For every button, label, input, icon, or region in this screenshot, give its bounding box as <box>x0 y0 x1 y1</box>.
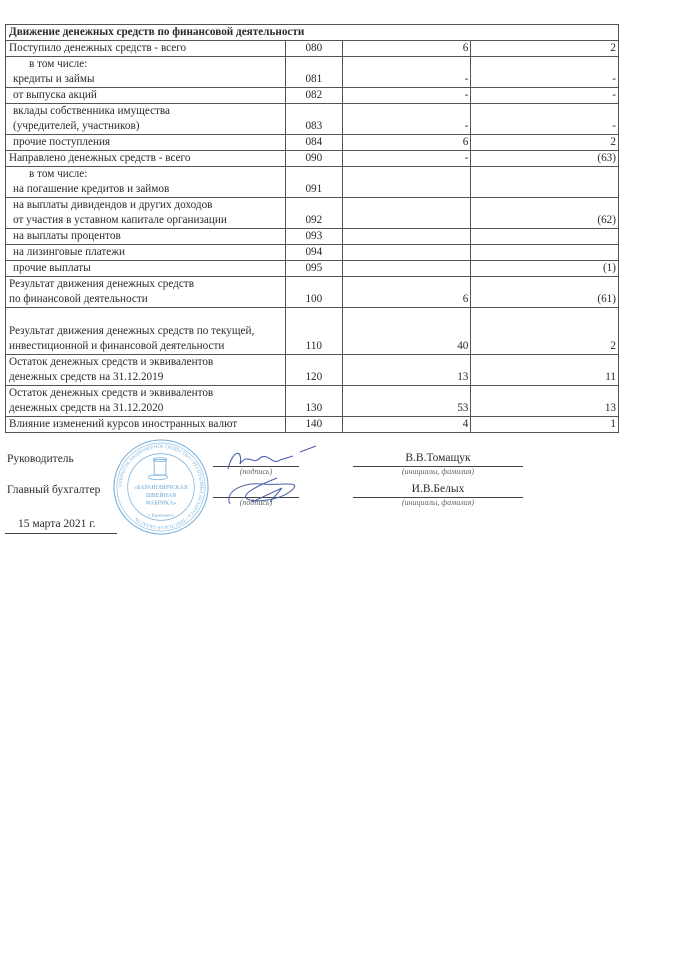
row-label-line: от выпуска акций <box>9 88 282 103</box>
row-label-line: на лизинговые платежи <box>9 245 282 260</box>
row-code: 082 <box>285 88 342 104</box>
row-code: 120 <box>285 355 342 386</box>
svg-text:«БАРАНОВИЧСКАЯ: «БАРАНОВИЧСКАЯ <box>134 485 188 491</box>
value-current-year: 6 <box>342 277 471 308</box>
row-label: на выплаты процентов <box>6 229 286 245</box>
value-current-year: - <box>342 151 471 167</box>
accountant-role-label: Главный бухгалтер <box>7 484 100 496</box>
row-label-line: Влияние изменений курсов иностранных вал… <box>9 417 282 432</box>
row-label: вклады собственника имущества(учредителе… <box>6 104 286 135</box>
value-previous-year <box>471 167 619 198</box>
row-code: 093 <box>285 229 342 245</box>
table-row: в том числе:кредиты и займы081-- <box>6 57 619 88</box>
table-row: Остаток денежных средств и эквивалентовд… <box>6 355 619 386</box>
value-current-year <box>342 261 471 277</box>
cash-flow-table: Движение денежных средств по финансовой … <box>5 24 619 433</box>
row-label-line: денежных средств на 31.12.2019 <box>9 370 282 385</box>
row-label-line: (учредителей, участников) <box>9 119 282 134</box>
row-code: 094 <box>285 245 342 261</box>
value-current-year: 6 <box>342 135 471 151</box>
row-code: 095 <box>285 261 342 277</box>
row-label-line: кредиты и займы <box>9 72 282 87</box>
row-label-line: на погашение кредитов и займов <box>9 182 282 197</box>
value-previous-year: - <box>471 88 619 104</box>
table-row: от выпуска акций082-- <box>6 88 619 104</box>
row-label-line: Результат движения денежных средств по т… <box>9 324 282 339</box>
row-label-line: Поступило денежных средств - всего <box>9 41 282 56</box>
report-date: 15 марта 2021 г. <box>18 518 96 530</box>
value-current-year <box>342 245 471 261</box>
table-row: Поступило денежных средств - всего08062 <box>6 41 619 57</box>
value-current-year: 4 <box>342 417 471 433</box>
table-row: на выплаты дивидендов и других доходовот… <box>6 198 619 229</box>
value-previous-year: (63) <box>471 151 619 167</box>
row-label-line: от участия в уставном капитале организац… <box>9 213 282 228</box>
section-title: Движение денежных средств по финансовой … <box>6 25 619 41</box>
row-label-line: Остаток денежных средств и эквивалентов <box>9 355 282 370</box>
table-row: на выплаты процентов093 <box>6 229 619 245</box>
row-label-line: Остаток денежных средств и эквивалентов <box>9 386 282 401</box>
row-label-line <box>9 309 282 324</box>
svg-text:ФАБРИКА»: ФАБРИКА» <box>146 501 177 507</box>
document-page: Движение денежных средств по финансовой … <box>0 0 682 962</box>
row-code: 092 <box>285 198 342 229</box>
accountant-signature-scribble-icon <box>222 474 312 510</box>
date-underline <box>5 533 117 534</box>
row-code: 130 <box>285 386 342 417</box>
row-label-line: денежных средств на 31.12.2020 <box>9 401 282 416</box>
value-previous-year: - <box>471 104 619 135</box>
table-row: Направлено денежных средств - всего090-(… <box>6 151 619 167</box>
row-label-line: в том числе: <box>9 167 282 182</box>
row-label: Результат движения денежных средствпо фи… <box>6 277 286 308</box>
row-label: на лизинговые платежи <box>6 245 286 261</box>
head-signature-scribble-icon <box>218 444 328 474</box>
row-label: в том числе:на погашение кредитов и займ… <box>6 167 286 198</box>
head-name-hint: (инициалы, фамилия) <box>353 467 523 476</box>
row-label: Влияние изменений курсов иностранных вал… <box>6 417 286 433</box>
value-previous-year <box>471 229 619 245</box>
row-label: Остаток денежных средств и эквивалентовд… <box>6 355 286 386</box>
row-code: 110 <box>285 308 342 355</box>
row-code: 100 <box>285 277 342 308</box>
row-label-line: прочие выплаты <box>9 261 282 276</box>
head-name: В.В.Томащук <box>353 452 523 464</box>
table-row: Влияние изменений курсов иностранных вал… <box>6 417 619 433</box>
row-code: 084 <box>285 135 342 151</box>
svg-text:г. Барановичи: г. Барановичи <box>148 512 174 517</box>
value-previous-year: 2 <box>471 308 619 355</box>
row-code: 090 <box>285 151 342 167</box>
row-label-line: Направлено денежных средств - всего <box>9 151 282 166</box>
row-label: прочие поступления <box>6 135 286 151</box>
row-label-line: на выплаты процентов <box>9 229 282 244</box>
table-row: Результат движения денежных средствпо фи… <box>6 277 619 308</box>
accountant-name: И.В.Белых <box>353 483 523 495</box>
row-label: в том числе:кредиты и займы <box>6 57 286 88</box>
value-current-year: 53 <box>342 386 471 417</box>
table-row: прочие выплаты095(1) <box>6 261 619 277</box>
row-label: Поступило денежных средств - всего <box>6 41 286 57</box>
accountant-name-hint: (инициалы, фамилия) <box>353 498 523 507</box>
row-label: прочие выплаты <box>6 261 286 277</box>
row-label: от выпуска акций <box>6 88 286 104</box>
row-label: Результат движения денежных средств по т… <box>6 308 286 355</box>
head-role-label: Руководитель <box>7 453 74 465</box>
value-current-year <box>342 167 471 198</box>
value-previous-year: (1) <box>471 261 619 277</box>
row-label-line: инвестиционной и финансовой деятельности <box>9 339 282 354</box>
value-previous-year: 11 <box>471 355 619 386</box>
value-previous-year: 13 <box>471 386 619 417</box>
table-row: в том числе:на погашение кредитов и займ… <box>6 167 619 198</box>
value-current-year: - <box>342 88 471 104</box>
section-header-row: Движение денежных средств по финансовой … <box>6 25 619 41</box>
table-row: на лизинговые платежи094 <box>6 245 619 261</box>
row-label-line: в том числе: <box>9 57 282 72</box>
value-previous-year: (61) <box>471 277 619 308</box>
value-previous-year: - <box>471 57 619 88</box>
row-label: Направлено денежных средств - всего <box>6 151 286 167</box>
company-stamp-icon: ОТКРЫТОЕ АКЦИОНЕРНОЕ ОБЩЕСТВО • РЕСПУБЛИ… <box>112 438 210 536</box>
value-current-year: 40 <box>342 308 471 355</box>
table-row: Результат движения денежных средств по т… <box>6 308 619 355</box>
value-previous-year <box>471 245 619 261</box>
row-code: 081 <box>285 57 342 88</box>
table-row: прочие поступления08462 <box>6 135 619 151</box>
row-code: 080 <box>285 41 342 57</box>
value-current-year: 13 <box>342 355 471 386</box>
value-current-year <box>342 198 471 229</box>
row-label-line: по финансовой деятельности <box>9 292 282 307</box>
table-row: Остаток денежных средств и эквивалентовд… <box>6 386 619 417</box>
value-previous-year: 2 <box>471 41 619 57</box>
row-label: на выплаты дивидендов и других доходовот… <box>6 198 286 229</box>
row-label-line: Результат движения денежных средств <box>9 277 282 292</box>
value-current-year: 6 <box>342 41 471 57</box>
value-previous-year: 2 <box>471 135 619 151</box>
value-current-year: - <box>342 104 471 135</box>
row-code: 140 <box>285 417 342 433</box>
value-previous-year: 1 <box>471 417 619 433</box>
row-code: 083 <box>285 104 342 135</box>
row-code: 091 <box>285 167 342 198</box>
table-row: вклады собственника имущества(учредителе… <box>6 104 619 135</box>
svg-text:ШВЕЙНАЯ: ШВЕЙНАЯ <box>146 491 176 499</box>
row-label: Остаток денежных средств и эквивалентовд… <box>6 386 286 417</box>
value-current-year: - <box>342 57 471 88</box>
row-label-line: вклады собственника имущества <box>9 104 282 119</box>
row-label-line: на выплаты дивидендов и других доходов <box>9 198 282 213</box>
value-previous-year: (62) <box>471 198 619 229</box>
row-label-line: прочие поступления <box>9 135 282 150</box>
value-current-year <box>342 229 471 245</box>
